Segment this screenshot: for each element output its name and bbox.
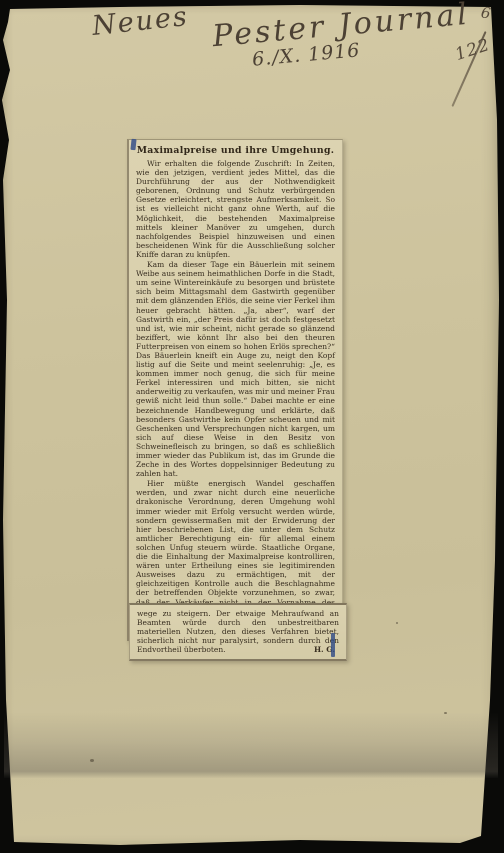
- clipping-headline: Maximalpreise und ihre Umgehung.: [136, 145, 335, 156]
- continuation-body: wege zu steigern. Der etwaige Mehraufwan…: [137, 609, 339, 654]
- clipping-paragraph: Kam da dieser Tage ein Bäuerlein mit sei…: [136, 260, 335, 478]
- paper-speck: [90, 759, 94, 762]
- paper-speck: [396, 622, 398, 624]
- paper-speck: [222, 297, 224, 299]
- clipping-continuation-text: wege zu steigern. Der etwaige Mehraufwan…: [137, 609, 339, 654]
- clipping-paragraph: Wir erhalten die folgende Zuschrift: In …: [136, 159, 335, 259]
- newspaper-clipping-continuation: wege zu steigern. Der etwaige Mehraufwan…: [129, 603, 347, 661]
- handwritten-corner-number: 6: [480, 3, 492, 22]
- newspaper-clipping-main: Maximalpreise und ihre Umgehung. Wir erh…: [127, 139, 343, 641]
- fold-shadow: [4, 712, 498, 778]
- paper-speck: [444, 712, 447, 714]
- blue-pencil-mark-bottom: [331, 633, 335, 657]
